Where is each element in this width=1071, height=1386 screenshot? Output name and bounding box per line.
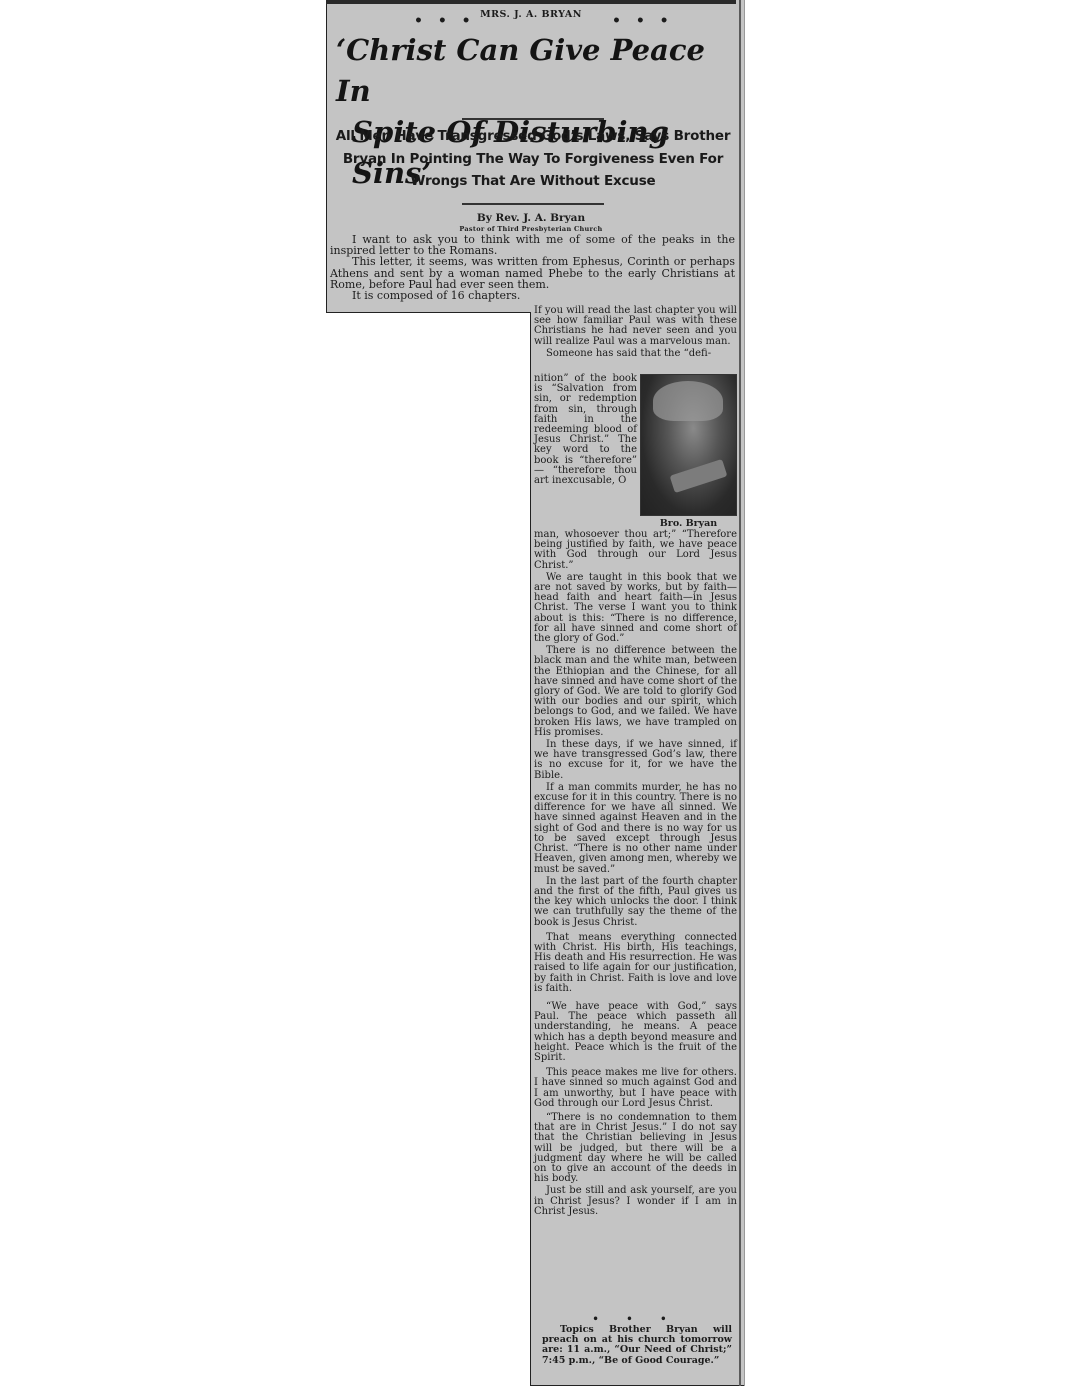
kicker-dots-right: • • • [612, 14, 674, 28]
photo-wrap-text: nition” of the book is “Salvation from s… [534, 374, 637, 486]
deck-rule [462, 203, 604, 205]
photo-collar-shape [670, 459, 728, 493]
column-paragraph: “There is no condemnation to them that a… [534, 1113, 737, 1184]
photo-hair-shape [653, 381, 723, 421]
intro-paragraph: It is composed of 16 chapters. [330, 290, 735, 301]
headline-line-1: ‘Christ Can Give Peace In [336, 30, 736, 112]
author-photo [640, 374, 737, 516]
column-rule [739, 0, 741, 1386]
column-paragraph: This peace makes me live for others. I h… [534, 1068, 737, 1109]
kicker: MRS. J. A. BRYAN [326, 9, 736, 20]
column-paragraph: Just be still and ask yourself, are you … [534, 1186, 737, 1217]
column-paragraph: We are taught in this book that we are n… [534, 573, 737, 644]
sermon-topics: Topics Brother Bryan will preach on at h… [542, 1325, 732, 1366]
column-paragraph: If you will read the last chapter you wi… [534, 306, 737, 347]
column-paragraph: man, whosoever thou art;” “Therefore bei… [534, 530, 737, 571]
intro-text: I want to ask you to think with me of so… [330, 234, 735, 301]
intro-paragraph: This letter, it seems, was written from … [330, 256, 735, 290]
byline: By Rev. J. A. Bryan [326, 212, 736, 224]
column-paragraph: That means everything connected with Chr… [534, 933, 737, 994]
column-opening: If you will read the last chapter you wi… [534, 306, 737, 361]
intro-paragraph: I want to ask you to think with me of so… [330, 234, 735, 256]
kicker-dots-left: • • • [414, 14, 476, 28]
column-paragraph: If a man commits murder, he has no excus… [534, 783, 737, 875]
column-paragraph: “We have peace with God,” says Paul. The… [534, 1002, 737, 1063]
photo-caption: Bro. Bryan [640, 518, 737, 529]
deck-subheadline: All Men Have Transgressed God’s Laws, Sa… [328, 125, 738, 193]
column-paragraph: In these days, if we have sinned, if we … [534, 740, 737, 781]
column-body: man, whosoever thou art;” “Therefore bei… [534, 530, 737, 1219]
top-border-bar [326, 0, 736, 4]
byline-title: Pastor of Third Presbyterian Church [326, 225, 736, 233]
column-paragraph: There is no difference between the black… [534, 646, 737, 738]
topics-paragraph: Topics Brother Bryan will preach on at h… [542, 1325, 732, 1366]
headline-rule [462, 118, 604, 120]
column-paragraph: Someone has said that the “defi- [534, 349, 737, 359]
column-rule-secondary [744, 0, 745, 1386]
column-paragraph: In the last part of the fourth chapter a… [534, 877, 737, 928]
